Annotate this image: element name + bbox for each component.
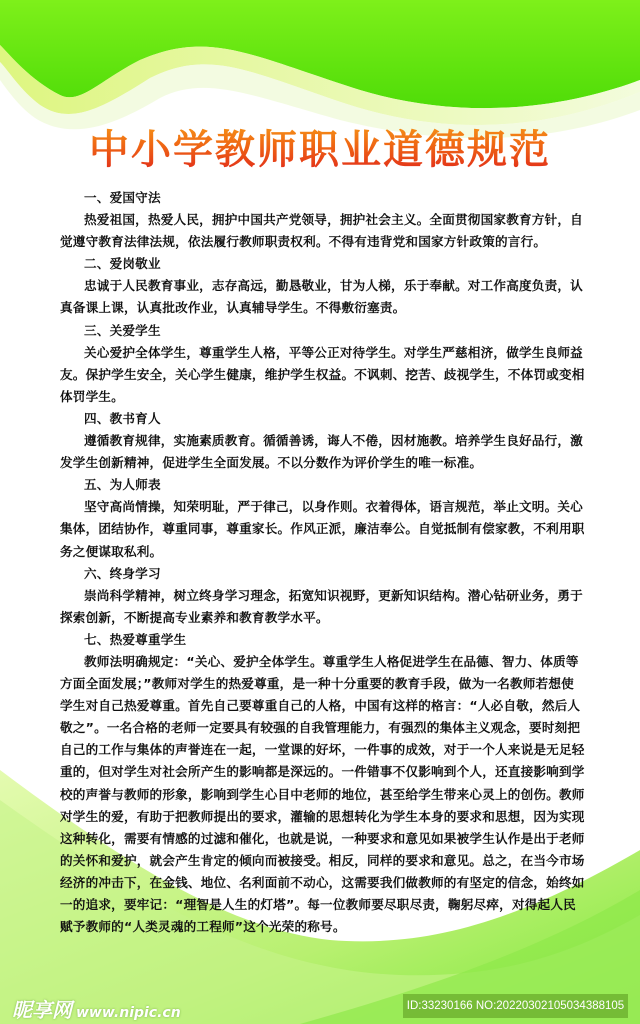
- paragraph-line: 重的，但对学生对社会所产生的影响都是深远的。一件错事不仅影响到个人，还直接影响到…: [60, 761, 585, 783]
- paragraph-line: 集体，团结协作，尊重同事，尊重家长。作风正派，廉洁奉公。自觉抵制有偿家教，不利用…: [60, 518, 585, 540]
- paragraph-line: 方面全面发展；”教师对学生的热爱尊重，是一种十分重要的教育手段，做为一名教师若想…: [60, 673, 585, 695]
- section-heading: 四、教书育人: [60, 408, 585, 430]
- watermark-logo-text: 昵享网: [12, 998, 72, 1022]
- poster-title: 中小学教师职业道德规范: [0, 118, 640, 175]
- section-heading: 一、爱国守法: [60, 187, 585, 209]
- watermark-logo: 昵享网www.nipic.cn: [12, 994, 181, 1023]
- paragraph-line: 学生对自己热爱尊重。首先自己要尊重自己的人格，中国有这样的格言：“人必自敬，然后…: [60, 695, 585, 717]
- section-heading: 五、为人师表: [60, 474, 585, 496]
- paragraph-line: 这种转化，需要有情感的过滤和催化，也就是说，一种要求和意见如果被学生认作是出于老…: [60, 828, 585, 850]
- regulations-body: 一、爱国守法 热爱祖国，热爱人民，拥护中国共产党领导，拥护社会主义。全面贯彻国家…: [60, 187, 585, 938]
- paragraph-line: 觉遵守教育法律法规，依法履行教师职责权利。不得有违背党和国家方针政策的言行。: [60, 231, 585, 253]
- paragraph-line: 教师法明确规定：“关心、爱护全体学生。尊重学生人格促进学生在品德、智力、体质等: [60, 651, 585, 673]
- paragraph-line: 体罚学生。: [60, 386, 585, 408]
- paragraph-line: 关心爱护全体学生，尊重学生人格，平等公正对待学生。对学生严慈相济，做学生良师益: [60, 342, 585, 364]
- section-heading: 三、关爱学生: [60, 320, 585, 342]
- paragraph-line: 务之便谋取私利。: [60, 541, 585, 563]
- watermark-id-badge: ID:33230166 NO:20220302105034388105: [403, 994, 628, 1018]
- paragraph-line: 经济的冲击下，在金钱、地位、名利面前不动心，这需要我们做教师的有坚定的信念，始终…: [60, 872, 585, 894]
- paragraph-line: 友。保护学生安全，关心学生健康，维护学生权益。不讽刺、挖苦、歧视学生，不体罚或变…: [60, 364, 585, 386]
- paragraph-line: 忠诚于人民教育事业，志存高远，勤恳敬业，甘为人梯，乐于奉献。对工作高度负责，认: [60, 275, 585, 297]
- section-6: 六、终身学习 崇尚科学精神，树立终身学习理念，拓宽知识视野，更新知识结构。潜心钻…: [60, 563, 585, 629]
- section-7: 七、热爱尊重学生 教师法明确规定：“关心、爱护全体学生。尊重学生人格促进学生在品…: [60, 629, 585, 938]
- paragraph-line: 崇尚科学精神，树立终身学习理念，拓宽知识视野，更新知识结构。潜心钻研业务，勇于: [60, 585, 585, 607]
- paragraph-line: 校的声誉与教师的形象，影响到学生心目中老师的地位，甚至给学生带来心灵上的创伤。教…: [60, 784, 585, 806]
- section-5: 五、为人师表 坚守高尚情操，知荣明耻，严于律己，以身作则。衣着得体，语言规范，举…: [60, 474, 585, 562]
- paragraph-line: 一的追求，要牢记：“理智是人生的灯塔”。每一位教师要尽职尽责，鞠躬尽瘁，对得起人…: [60, 894, 585, 916]
- section-1: 一、爱国守法 热爱祖国，热爱人民，拥护中国共产党领导，拥护社会主义。全面贯彻国家…: [60, 187, 585, 253]
- paragraph-line: 自己的工作与集体的声誉连在一起，一堂课的好坏，一件事的成效，对于一个人来说是无足…: [60, 739, 585, 761]
- section-2: 二、爱岗敬业 忠诚于人民教育事业，志存高远，勤恳敬业，甘为人梯，乐于奉献。对工作…: [60, 253, 585, 319]
- paragraph-line: 热爱祖国，热爱人民，拥护中国共产党领导，拥护社会主义。全面贯彻国家教育方针，自: [60, 209, 585, 231]
- section-3: 三、关爱学生 关心爱护全体学生，尊重学生人格，平等公正对待学生。对学生严慈相济，…: [60, 320, 585, 408]
- section-4: 四、教书育人 遵循教育规律，实施素质教育。循循善诱，诲人不倦，因材施教。培养学生…: [60, 408, 585, 474]
- paragraph-line: 遵循教育规律，实施素质教育。循循善诱，诲人不倦，因材施教。培养学生良好品行，激: [60, 430, 585, 452]
- watermark-url: www.nipic.cn: [76, 1005, 181, 1021]
- paragraph-line: 敬之”。一名合格的老师一定要具有较强的自我管理能力，有强烈的集体主义观念，要时刻…: [60, 717, 585, 739]
- section-heading: 六、终身学习: [60, 563, 585, 585]
- paragraph-line: 发学生创新精神，促进学生全面发展。不以分数作为评价学生的唯一标准。: [60, 452, 585, 474]
- paragraph-line: 的关怀和爱护，就会产生肯定的倾向而被接受。相反，同样的要求和意见。总之，在当今市…: [60, 850, 585, 872]
- section-heading: 二、爱岗敬业: [60, 253, 585, 275]
- paragraph-line: 赋予教师的“人类灵魂的工程师”这个光荣的称号。: [60, 916, 585, 938]
- section-heading: 七、热爱尊重学生: [60, 629, 585, 651]
- paragraph-line: 真备课上课，认真批改作业，认真辅导学生。不得敷衍塞责。: [60, 297, 585, 319]
- paragraph-line: 对学生的爱，有助于把教师提出的要求，灌输的思想转化为学生本身的要求和思想，因为实…: [60, 806, 585, 828]
- paragraph-line: 坚守高尚情操，知荣明耻，严于律己，以身作则。衣着得体，语言规范，举止文明。关心: [60, 496, 585, 518]
- paragraph-line: 探索创新，不断提高专业素养和教育教学水平。: [60, 607, 585, 629]
